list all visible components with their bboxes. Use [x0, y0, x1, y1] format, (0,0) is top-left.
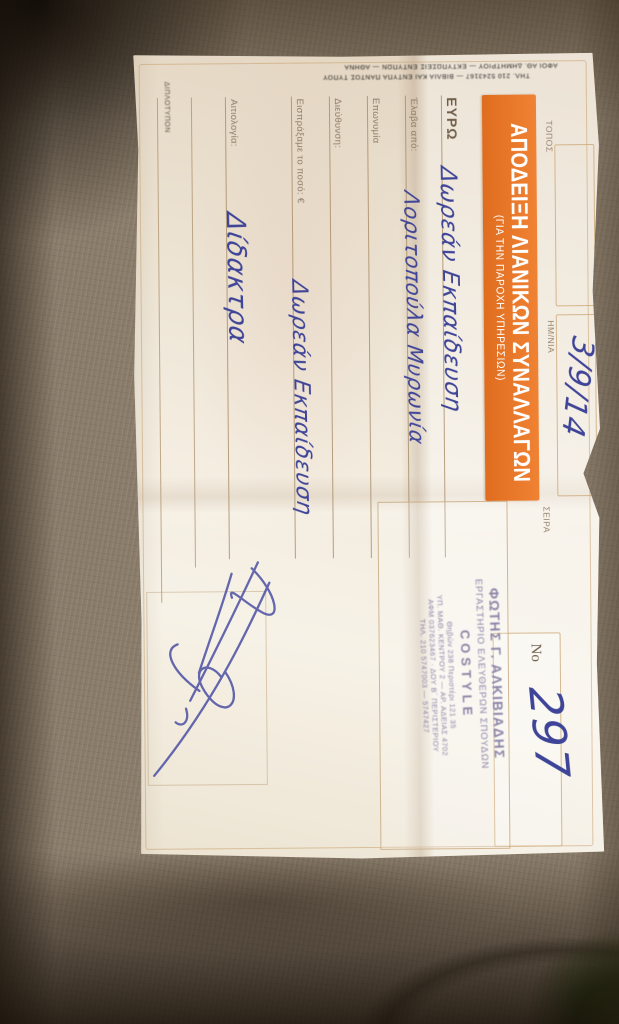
date-label: ΗΜ/ΝΙΑ [546, 320, 556, 353]
place-box [554, 144, 595, 306]
number-label: Νο [527, 643, 544, 661]
field-company-name-label: Επωνυμία [370, 98, 381, 144]
field-amount-collected: Εισπράξαμε το ποσό: € Δωρεάν Εκπαίδευση [291, 96, 326, 558]
receipt-title-banner: ΑΠΟΔΕΙΞΗ ΛΙΑΝΙΚΩΝ ΣΥΝΑΛΛΑΓΩΝ (ΓΙΑ ΤΗΝ ΠΑ… [482, 95, 540, 501]
signature-scribble [139, 547, 290, 801]
field-address: Διεύθυνση: [329, 96, 364, 558]
field-company-name: Επωνυμία [367, 96, 402, 558]
field-amount-collected-handwritten: Δωρεάν Εκπαίδευση [286, 278, 316, 517]
number-handwritten: 297 [518, 687, 580, 778]
field-euro-label: ΕΥΡΩ [444, 97, 460, 140]
place-label: ΤΟΠΟΣ [544, 120, 554, 152]
field-reason-label: Αιτιολογία: [228, 99, 239, 147]
receipt-title: ΑΠΟΔΕΙΞΗ ΛΙΑΝΙΚΩΝ ΣΥΝΑΛΛΑΓΩΝ [505, 123, 535, 472]
field-address-label: Διεύθυνση: [332, 98, 343, 148]
field-reason-handwritten: Δίδακτρα [220, 211, 253, 347]
business-stamp: ΦΩΤΗΣ Γ. ΑΛΚΙΒΙΑΔΗΣ ΕΡΓΑΣΤΗΡΙΟ ΕΛΕΥΘΕΡΩΝ… [376, 502, 510, 848]
field-received-from-handwritten: Λοριτοπούλα Μυρωνία [399, 189, 429, 446]
corner-fine-print: ΔΙΠΛΟΤΥΠΟΝ [163, 82, 170, 133]
field-reason: Αιτιολογία: Δίδακτρα [225, 97, 264, 559]
receipt-paper: ΑΦΟΙ ΑΘ. ΔΗΜΗΤΡΙΟΥ — ΕΚΤΥΠΩΣΕΙΣ ΕΝΤΥΠΩΝ … [129, 48, 606, 862]
field-euro: ΕΥΡΩ Δωρεάν Εκπαίδευση [441, 95, 478, 557]
field-amount-collected-label: Εισπράξαμε το ποσό: € [294, 99, 306, 204]
field-euro-handwritten: Δωρεάν Εκπαίδευση [435, 165, 467, 414]
series-label: ΣΕΙΡΑ [541, 506, 551, 533]
photo-background: ΑΦΟΙ ΑΘ. ΔΗΜΗΤΡΙΟΥ — ΕΚΤΥΠΩΣΕΙΣ ΕΝΤΥΠΩΝ … [0, 0, 619, 1024]
business-stamp-box: ΦΩΤΗΣ Γ. ΑΛΚΙΒΙΑΔΗΣ ΕΡΓΑΣΤΗΡΙΟ ΕΛΕΥΘΕΡΩΝ… [377, 501, 510, 850]
field-received-from-label: Έλαβα από: [408, 98, 419, 152]
